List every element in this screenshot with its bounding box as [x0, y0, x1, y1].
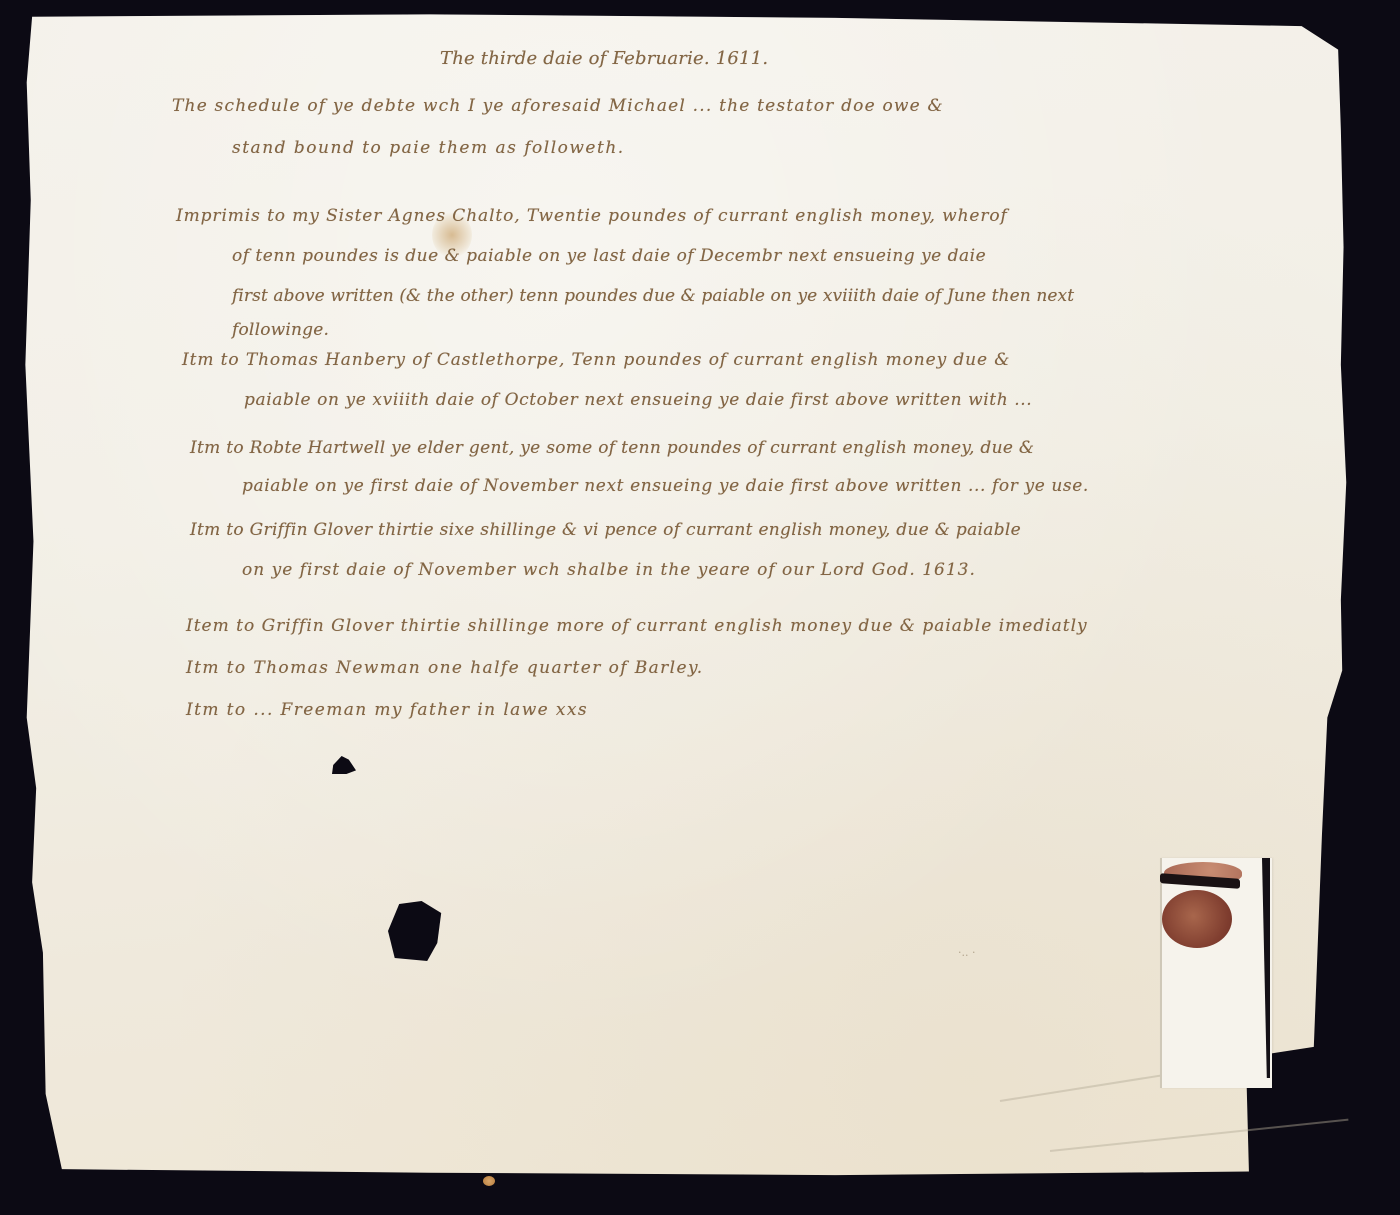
document-heading: The thirde daie of Februarie. 1611.	[440, 50, 768, 68]
item-1-line-1: Imprimis to my Sister Agnes Chalto, Twen…	[176, 208, 1008, 225]
item-7-line-1: Itm to ... Freeman my father in lawe xxs	[186, 702, 588, 719]
item-4-line-1: Itm to Griffin Glover thirtie sixe shill…	[190, 522, 1021, 539]
photo-background: The thirde daie of Februarie. 1611. The …	[0, 0, 1400, 1215]
item-4-line-2: on ye first daie of November wch shalbe …	[242, 562, 976, 579]
preamble-line-2: stand bound to paie them as followeth.	[232, 140, 625, 157]
item-3-line-1: Itm to Robte Hartwell ye elder gent, ye …	[190, 440, 1034, 457]
seal-tag	[1160, 858, 1272, 1088]
item-3-line-2: paiable on ye first daie of November nex…	[242, 478, 1089, 495]
preamble-line-1: The schedule of ye debte wch I ye afores…	[172, 98, 944, 115]
wax-seal	[1162, 890, 1232, 948]
item-1-line-3: first above written (& the other) tenn p…	[232, 288, 1074, 305]
item-1-line-2: of tenn poundes is due & paiable on ye l…	[232, 248, 986, 265]
item-1-line-4: followinge.	[232, 322, 329, 339]
item-6-line-1: Itm to Thomas Newman one halfe quarter o…	[186, 660, 704, 677]
rust-pin-mark	[483, 1176, 495, 1186]
item-5-line-1: Item to Griffin Glover thirtie shillinge…	[186, 618, 1088, 635]
faint-pencil-mark: ·.. ·	[958, 946, 975, 959]
item-2-line-2: paiable on ye xviiith daie of October ne…	[244, 392, 1032, 409]
item-2-line-1: Itm to Thomas Hanbery of Castlethorpe, T…	[182, 352, 1010, 369]
